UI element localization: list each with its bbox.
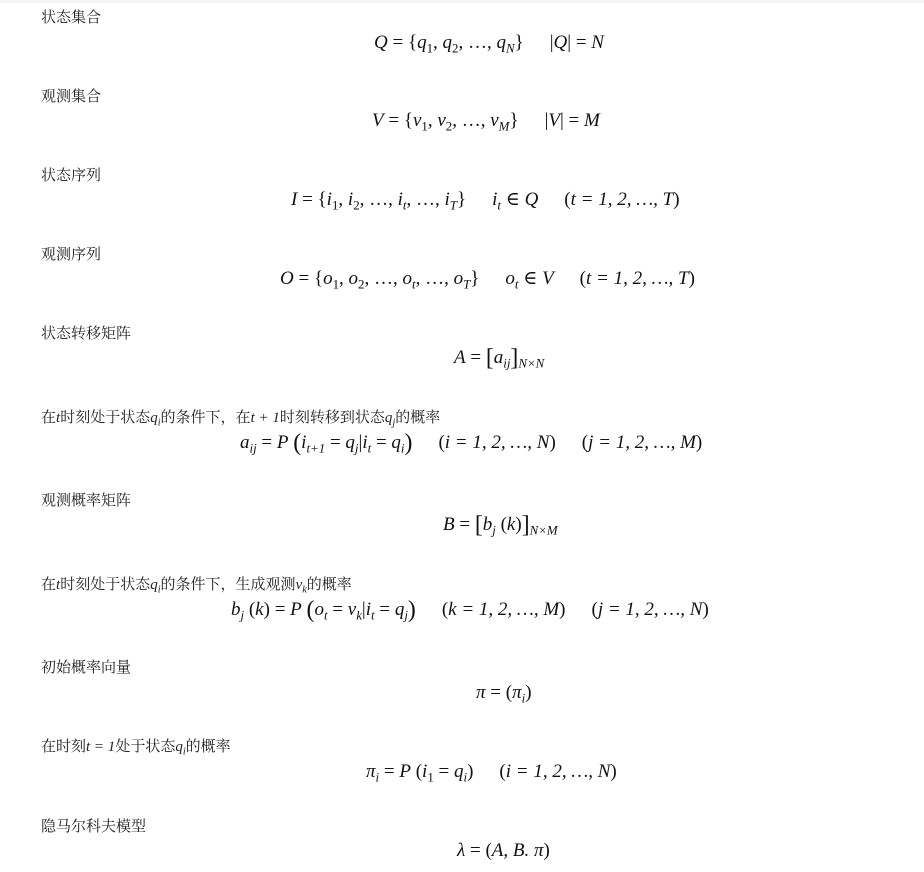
- label-observation-set: 观测集合: [41, 87, 101, 105]
- label-observation-sequence: 观测序列: [41, 245, 101, 263]
- formula-observation-set: V = {v1, v2, …, vM}|V| = M: [372, 109, 600, 133]
- formula-observation-sequence: O = {o1, o2, …, ot, …, oT}ot ∈ V(t = 1, …: [280, 267, 695, 291]
- formula-hmm: λ = (A, B. π): [457, 839, 550, 863]
- formula-emission-matrix: B = [bj (k)]N×M: [443, 513, 558, 537]
- formula-initial-vector: π = (πi): [476, 681, 532, 705]
- label-hmm: 隐马尔科夫模型: [41, 817, 146, 835]
- top-border: [0, 0, 924, 3]
- label-initial-probability: 在时刻t = 1处于状态qi的概率: [41, 737, 231, 756]
- label-emission-matrix: 观测概率矩阵: [41, 491, 131, 509]
- formula-initial-probability: πi = P (i1 = qi)(i = 1, 2, …, N): [366, 760, 617, 784]
- label-transition-matrix: 状态转移矩阵: [41, 324, 131, 342]
- formula-state-set: Q = {q1, q2, …, qN}|Q| = N: [374, 31, 604, 55]
- formula-emission-probability: bj (k) = P (ot = vk|it = qj)(k = 1, 2, ……: [231, 598, 709, 622]
- label-initial-vector: 初始概率向量: [41, 658, 131, 676]
- label-transition-probability: 在t时刻处于状态qi的条件下，在t + 1时刻转移到状态qj的概率: [41, 408, 440, 427]
- label-state-set: 状态集合: [41, 8, 101, 26]
- formula-transition-probability: aij = P (it+1 = qj|it = qi)(i = 1, 2, …,…: [240, 431, 702, 455]
- formula-transition-matrix: A = [aij]N×N: [454, 346, 544, 370]
- label-emission-probability: 在t时刻处于状态qi的条件下，生成观测vk的概率: [41, 575, 352, 594]
- formula-state-sequence: I = {i1, i2, …, it, …, iT}it ∈ Q(t = 1, …: [291, 188, 680, 212]
- label-state-sequence: 状态序列: [41, 166, 101, 184]
